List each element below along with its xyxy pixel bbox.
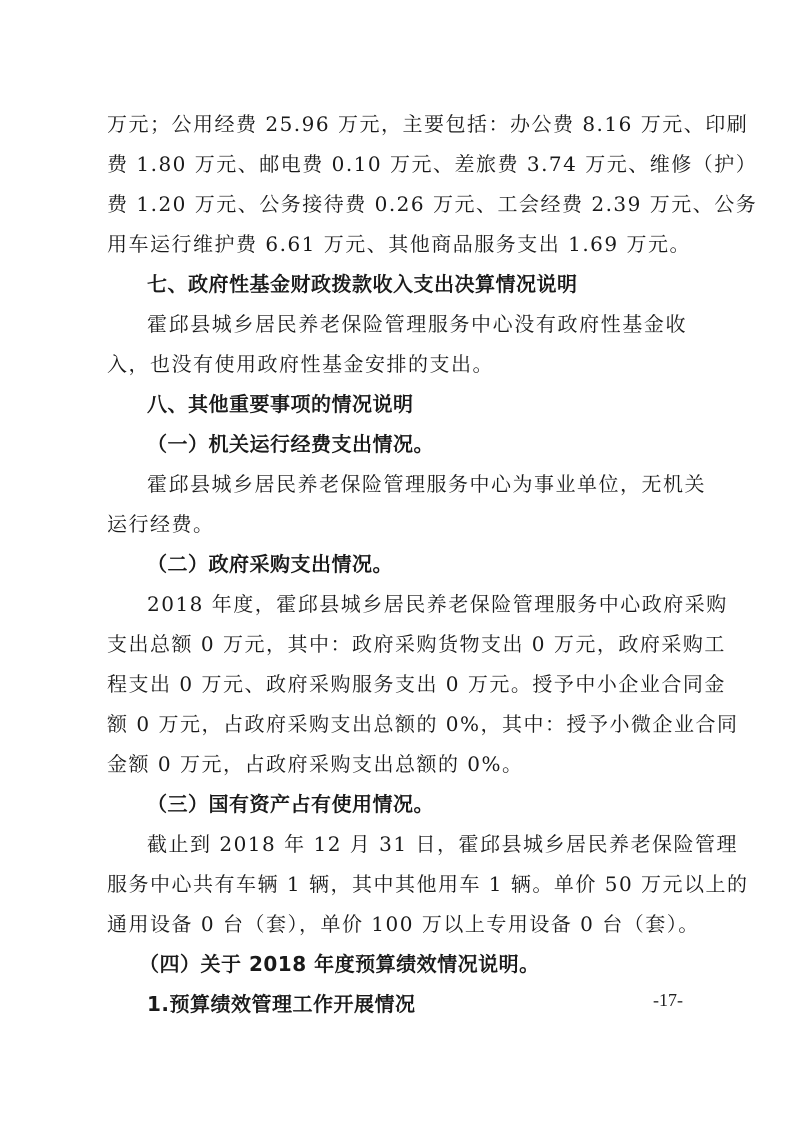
- paragraph-line: 费 1.20 万元、公务接待费 0.26 万元、工会经费 2.39 万元、公务: [107, 192, 687, 216]
- paragraph-line: 万元；公用经费 25.96 万元，主要包括：办公费 8.16 万元、印刷: [107, 112, 687, 136]
- paragraph-line: 金额 0 万元，占政府采购支出总额的 0%。: [107, 752, 524, 776]
- paragraph-line: 支出总额 0 万元，其中：政府采购货物支出 0 万元，政府采购工: [107, 632, 687, 656]
- subsection-heading-1: （一）机关运行经费支出情况。: [147, 432, 434, 456]
- paragraph-line: 霍邱县城乡居民养老保险管理服务中心为事业单位，无机关: [147, 472, 687, 496]
- paragraph-line: 截止到 2018 年 12 月 31 日，霍邱县城乡居民养老保险管理: [147, 832, 687, 856]
- paragraph-line: 通用设备 0 台（套），单价 100 万以上专用设备 0 台（套）。: [107, 912, 700, 936]
- subsection-heading-3: （三）国有资产占有使用情况。: [147, 792, 434, 816]
- subsection-heading-2: （二）政府采购支出情况。: [147, 552, 393, 576]
- paragraph-line: 服务中心共有车辆 1 辆，其中其他用车 1 辆。单价 50 万元以上的: [107, 872, 687, 896]
- section-heading-8: 八、其他重要事项的情况说明: [147, 392, 414, 416]
- paragraph-line: 用车运行维护费 6.61 万元、其他商品服务支出 1.69 万元。: [107, 232, 691, 256]
- paragraph-line: 霍邱县城乡居民养老保险管理服务中心没有政府性基金收: [147, 312, 687, 336]
- paragraph-line: 费 1.80 万元、邮电费 0.10 万元、差旅费 3.74 万元、维修（护）: [107, 152, 687, 176]
- paragraph-line: 2018 年度，霍邱县城乡居民养老保险管理服务中心政府采购: [147, 592, 687, 616]
- paragraph-line: 入，也没有使用政府性基金安排的支出。: [107, 352, 494, 376]
- sub-subsection-heading: 1.预算绩效管理工作开展情况: [147, 992, 416, 1016]
- subsection-heading-4: （四）关于 2018 年度预算绩效情况说明。: [139, 952, 540, 976]
- page-number: -17-: [653, 990, 683, 1011]
- paragraph-line: 额 0 万元，占政府采购支出总额的 0%，其中：授予小微企业合同: [107, 712, 687, 736]
- paragraph-line: 运行经费。: [107, 512, 215, 536]
- section-heading-7: 七、政府性基金财政拨款收入支出决算情况说明: [147, 272, 578, 296]
- paragraph-line: 程支出 0 万元、政府采购服务支出 0 万元。授予中小企业合同金: [107, 672, 687, 696]
